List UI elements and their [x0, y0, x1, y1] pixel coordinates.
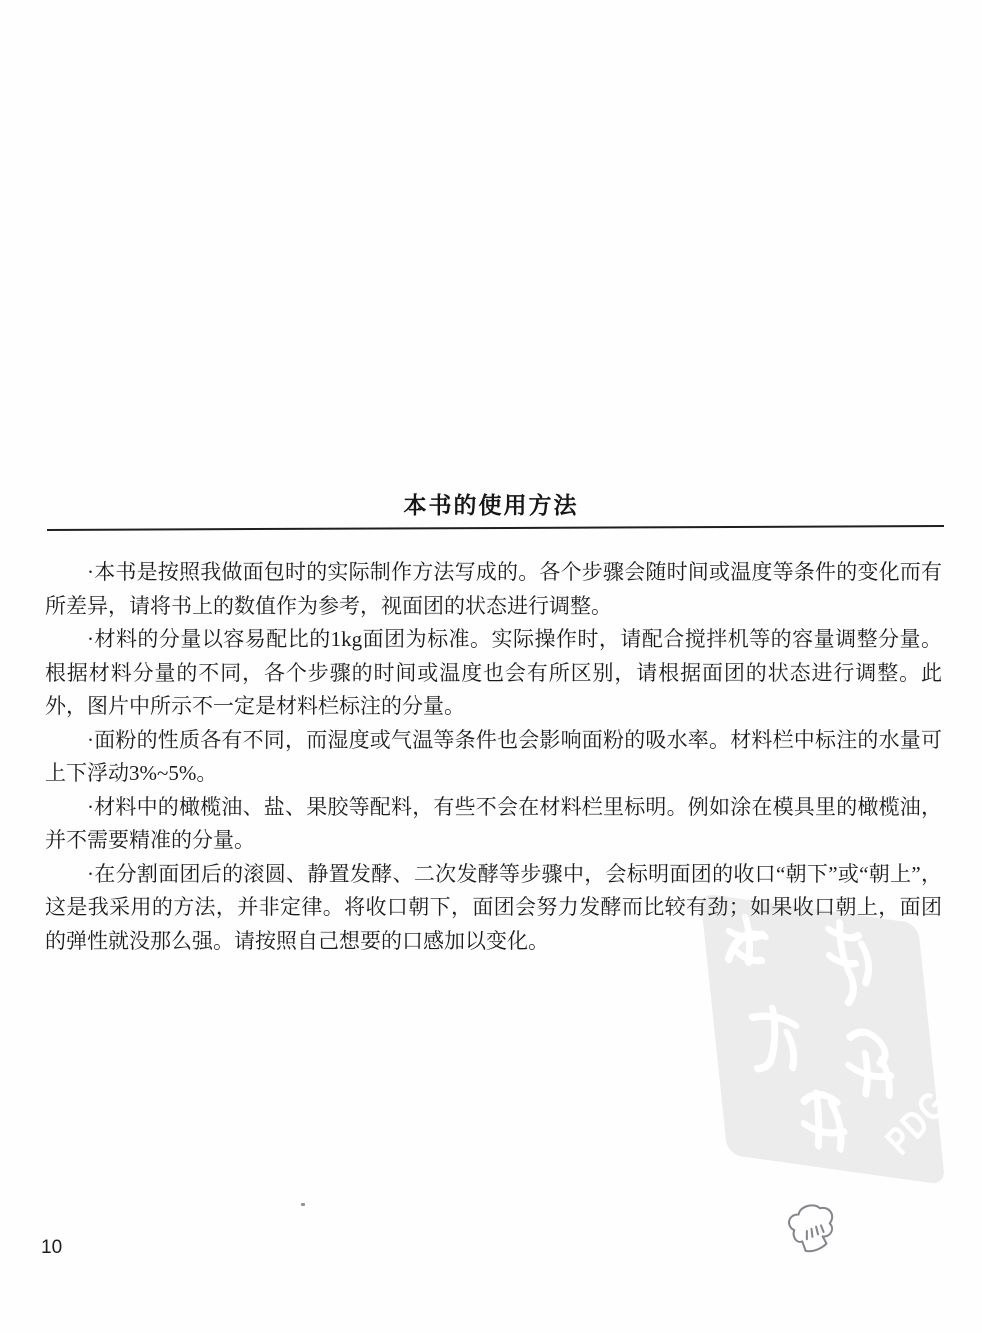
- scan-speck: [301, 1203, 305, 1206]
- book-page: PDG 本书的使用方法 ·本书是按照我做面包时的实际制作方法写成的。各个步骤会随…: [0, 0, 982, 1333]
- paragraph-quantities: ·材料的分量以容易配比的1kg面团为标准。实际操作时，请配合搅拌机等的容量调整分…: [45, 623, 942, 724]
- paragraph-flour-absorption: ·面粉的性质各有不同，而湿度或气温等条件也会影响面粉的吸水率。材料栏中标注的水量…: [45, 724, 942, 791]
- paragraph-extra-ingredients: ·材料中的橄榄油、盐、果胶等配料，有些不会在材料栏里标明。例如涂在模具里的橄榄油…: [45, 791, 942, 858]
- body-text: ·本书是按照我做面包时的实际制作方法写成的。各个步骤会随时间或温度等条件的变化而…: [45, 556, 942, 958]
- chef-hat-icon: [781, 1202, 841, 1260]
- seal-glyph-3: [751, 1005, 801, 1075]
- paragraph-usage-intro: ·本书是按照我做面包时的实际制作方法写成的。各个步骤会随时间或温度等条件的变化而…: [45, 556, 942, 623]
- page-number: 10: [41, 1237, 62, 1259]
- seal-glyph-4: [845, 1030, 893, 1098]
- paragraph-seam-direction: ·在分割面团后的滚圆、静置发酵、二次发酵等步骤中，会标明面团的收口“朝下”或“朝…: [45, 858, 942, 959]
- seal-glyph-5: [801, 1091, 846, 1150]
- title-divider: [47, 525, 944, 531]
- page-title: 本书的使用方法: [0, 492, 982, 520]
